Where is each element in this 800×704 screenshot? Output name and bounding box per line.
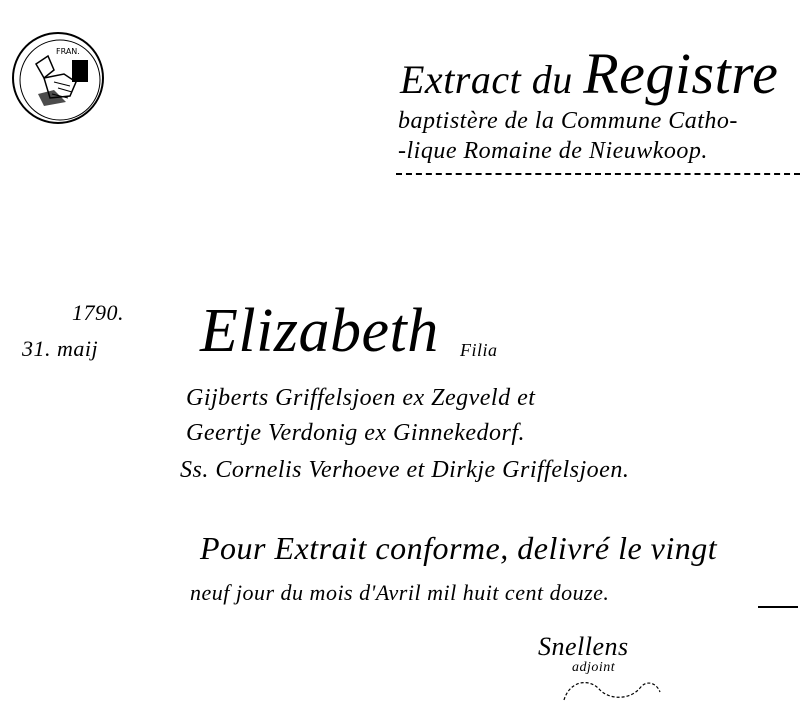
header-line3: -lique Romaine de Nieuwkoop. [398, 138, 708, 165]
entry-day: 31. maij [22, 336, 98, 362]
seal-emblem-icon: FRAN. [14, 34, 106, 126]
signature-flourish-icon [560, 670, 670, 704]
signature-name: Snellens [538, 632, 629, 662]
header-title: Extract du Registre [400, 40, 778, 107]
entry-year: 1790. [72, 300, 124, 326]
mother-line: Geertje Verdonig ex Ginnekedorf. [186, 420, 525, 447]
seal-text: FRAN. [56, 47, 80, 56]
official-seal: FRAN. [12, 32, 104, 124]
father-line: Gijberts Griffelsjoen ex Zegveld et [186, 385, 535, 412]
header-title-part2: Registre [583, 41, 778, 106]
header-title-part1: Extract du [400, 57, 573, 102]
filia-label: Filia [460, 340, 498, 361]
attestation-line2: neuf jour du mois d'Avril mil huit cent … [190, 580, 609, 606]
attestation-line1: Pour Extrait conforme, delivré le vingt [200, 530, 717, 567]
attestation-rule [758, 606, 798, 608]
child-name: Elizabeth [200, 296, 439, 367]
godparents-line: Ss. Cornelis Verhoeve et Dirkje Griffels… [180, 457, 629, 484]
header-underline [396, 173, 800, 175]
header-line2: baptistère de la Commune Catho- [398, 108, 738, 135]
